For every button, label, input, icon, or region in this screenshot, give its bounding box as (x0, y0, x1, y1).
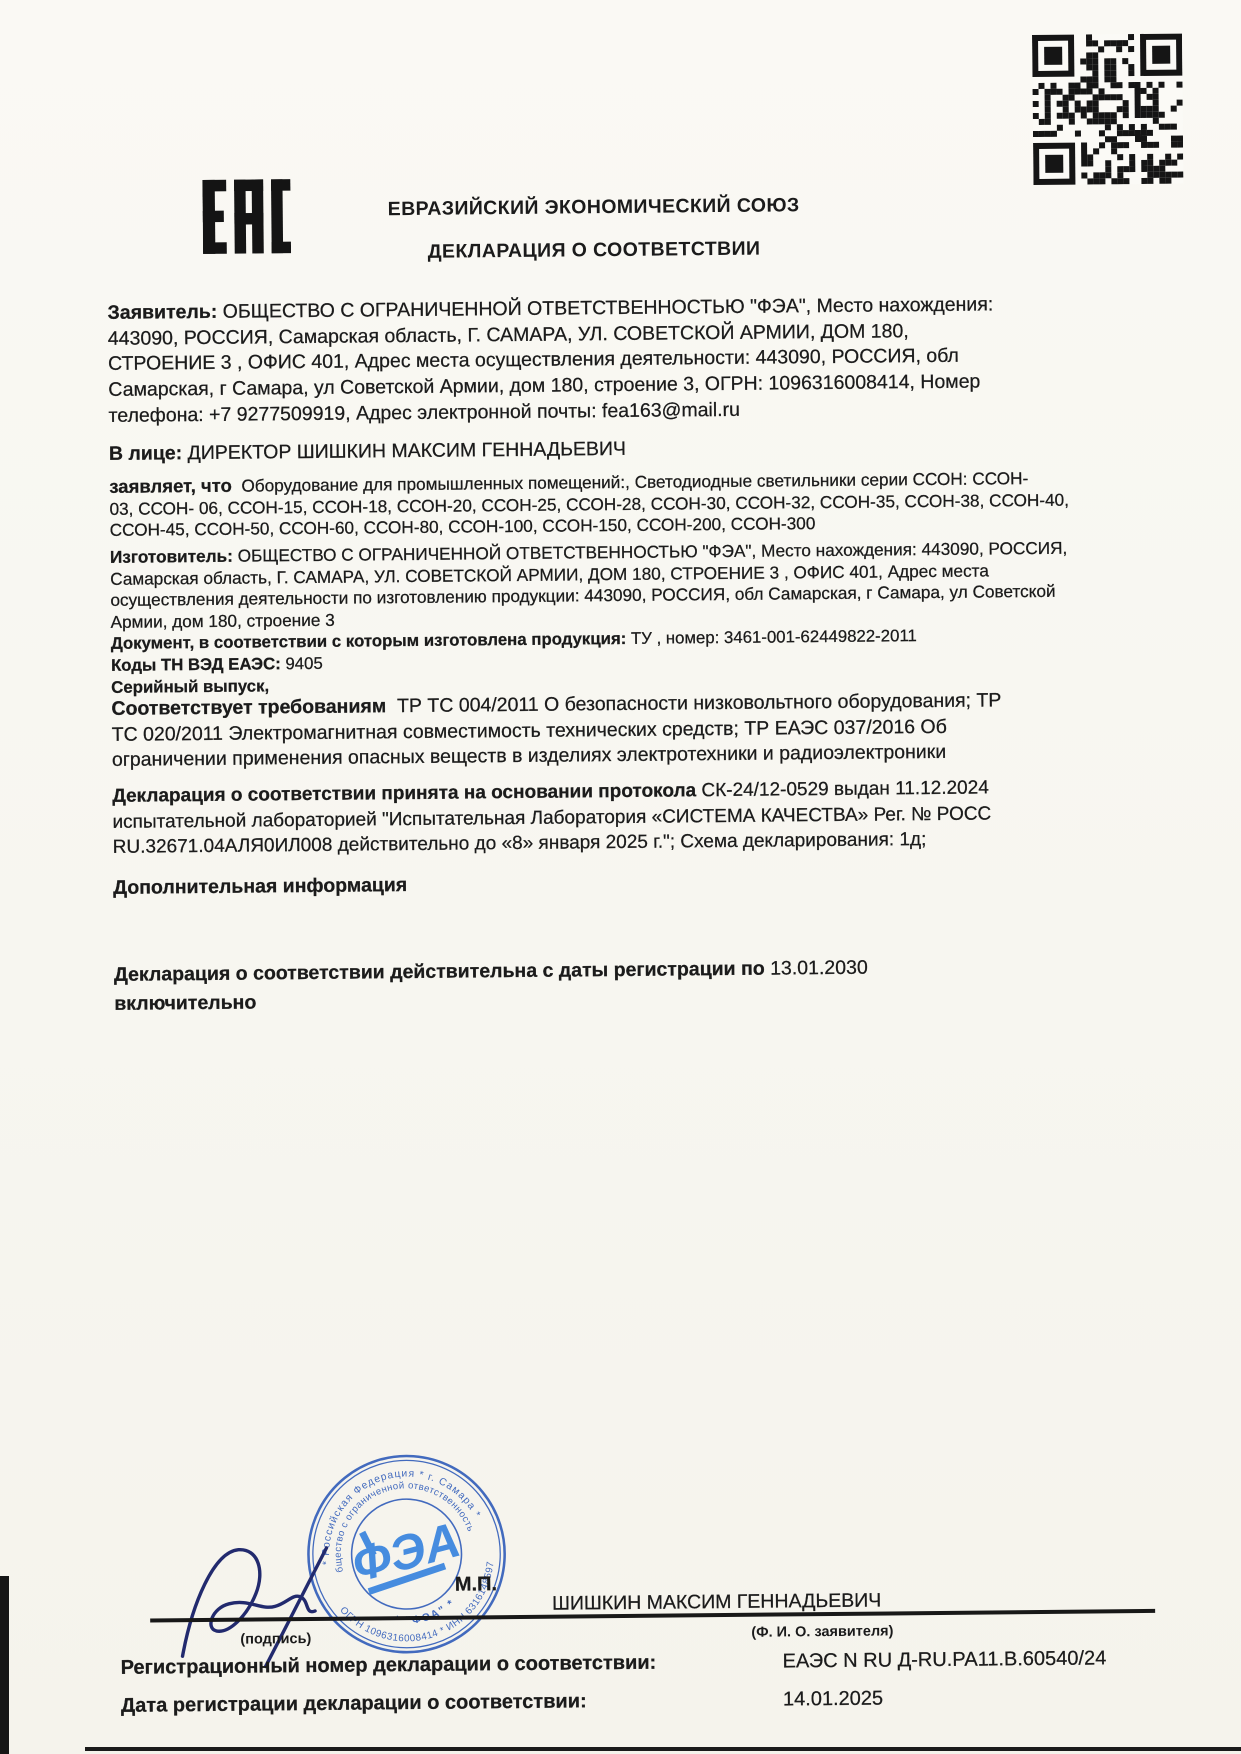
basis-label: Декларация о соответствии принята на осн… (112, 780, 696, 807)
in-person-value: ДИРЕКТОР ШИШКИН МАКСИМ ГЕННАДЬЕВИЧ (187, 438, 626, 464)
doc-title: ДЕКЛАРАЦИЯ О СООТВЕТСТВИИ (0, 233, 1194, 268)
manufacturer-section: Изготовитель: ОБЩЕСТВО С ОГРАНИЧЕННОЙ ОТ… (110, 537, 1181, 634)
registration-date-label: Дата регистрации декларации о соответств… (121, 1690, 587, 1716)
qr-code-svg (1032, 33, 1183, 186)
in-person-section: В лице: ДИРЕКТОР ШИШКИН МАКСИМ ГЕННАДЬЕВ… (109, 432, 1149, 468)
product-document-label: Документ, в соответствии с которым изгот… (111, 629, 627, 653)
applicant-label: Заявитель: (108, 301, 218, 324)
basis-section: Декларация о соответствии принята на осн… (112, 774, 1158, 861)
product-document-value: ТУ , номер: 3461-001-62449822-2011 (631, 626, 917, 648)
union-title: ЕВРАЗИЙСКИЙ ЭКОНОМИЧЕСКИЙ СОЮЗ (0, 190, 1194, 225)
registration-number-label: Регистрационный номер декларации о соотв… (121, 1652, 657, 1679)
scan-edge-bottom (85, 1747, 1241, 1751)
validity-date: 13.01.2030 (770, 957, 868, 980)
declaration-document: ЕВРАЗИЙСКИЙ ЭКОНОМИЧЕСКИЙ СОЮЗ ДЕКЛАРАЦИ… (0, 0, 1241, 1754)
registration-date-value: 14.01.2025 (783, 1688, 883, 1712)
registration-number-value: ЕАЭС N RU Д-RU.РА11.В.60540/24 (782, 1647, 1106, 1673)
stamp-place-label: М.П. (455, 1573, 497, 1596)
declares-label: заявляет, что (109, 475, 232, 497)
conformity-label: Соответствует требованиям (111, 695, 386, 720)
conformity-section: Соответствует требованиям ТР ТС 004/2011… (111, 687, 1157, 774)
applicant-section: Заявитель: ОБЩЕСТВО С ОГРАНИЧЕННОЙ ОТВЕТ… (108, 291, 1149, 429)
tnved-label: Коды ТН ВЭД ЕАЭС: (111, 654, 281, 675)
scan-edge-left (0, 1576, 9, 1754)
validity-label: Декларация о соответствии действительна … (114, 958, 765, 986)
validity-suffix: включительно (114, 980, 1159, 1019)
declares-section: заявляет, что Оборудование для промышлен… (109, 466, 1170, 542)
in-person-label: В лице: (109, 442, 182, 465)
name-caption: (Ф. И. О. заявителя) (751, 1623, 893, 1640)
signature-caption: (подпись) (240, 1631, 311, 1648)
qr-code-icon (1032, 33, 1183, 186)
tnved-value: 9405 (285, 654, 323, 673)
manufacturer-label: Изготовитель: (110, 546, 233, 567)
validity-section: Декларация о соответствии действительна … (114, 951, 1160, 1019)
scanned-page-content: ЕВРАЗИЙСКИЙ ЭКОНОМИЧЕСКИЙ СОЮЗ ДЕКЛАРАЦИ… (0, 0, 1241, 1754)
additional-info-heading: Дополнительная информация (113, 873, 407, 902)
